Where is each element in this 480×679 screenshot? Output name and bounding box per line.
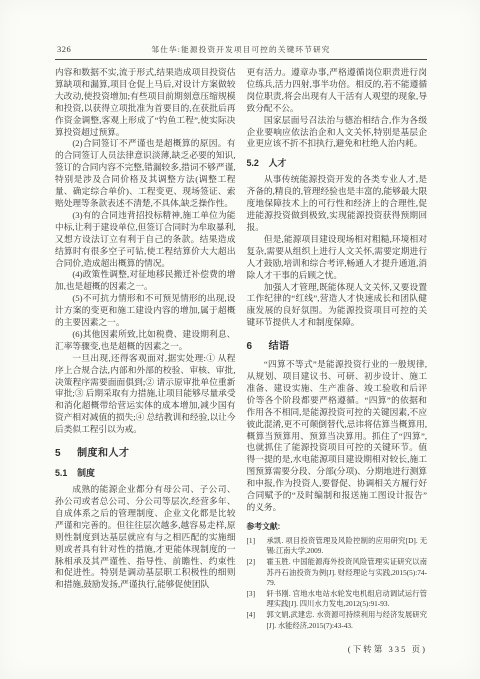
left-column: 内容和数据不实,流于形式,结果造成项目投资估算缺项和漏算,项目仓促上马后,对设计…: [55, 67, 236, 655]
paragraph: (2)合同签订不严谨也是超概算的原因。有的合同签订人员法律意识淡薄,缺乏必要的知…: [55, 138, 236, 209]
page-number: 326: [57, 44, 147, 54]
section-heading-5: 5制度和人才: [55, 444, 236, 459]
continued-on-page-note: (下转第 335 页): [247, 643, 428, 655]
reference-text: 郭文娟,武建忠. 水资源可持续利用与经济发展研究[J]. 水能经济,2015(7…: [267, 610, 428, 629]
paragraph: “四算不等式”是能源投资行业的一般规律,从规划、项目建议书、可研、初步设计、施工…: [247, 359, 428, 514]
subsection-heading-5-1: 5.1制度: [55, 466, 236, 479]
subsection-title: 人才: [269, 158, 287, 168]
page-header: 326 邹仕华:能源投资开发项目可控的关键环节研究: [55, 44, 427, 60]
reference-label: [1]: [247, 536, 256, 546]
paragraph: 但是,能源项目建设现场相对粗糙,环境相对复杂,需要从组织上进行人文关怀,需要定期…: [247, 234, 428, 282]
subsection-title: 制度: [77, 468, 95, 478]
reference-label: [2]: [247, 557, 256, 567]
reference-item: [2]霍玉胜. 中国能源海外投资风险管理实证研究以南苏丹石油投资为例[J]. 财…: [247, 557, 428, 588]
paragraph: (3)有的合同违背招投标精神,施工单位为能中标,让利于建设单位,但签订合同时为牟…: [55, 210, 236, 270]
references-heading: 参考文献:: [247, 521, 428, 532]
paragraph: 加强人才管理,既能体现人文关怀,又要设置工作纪律的“红线”,营造人才快速成长和团…: [247, 282, 428, 330]
paragraph: 一旦出现,还得客观面对,据实处理:① 从程序上合规合法,内部和外部的校验、审核、…: [55, 353, 236, 436]
running-title: 邹仕华:能源投资开发项目可控的关键环节研究: [147, 44, 335, 55]
section-title: 结语: [269, 341, 290, 352]
right-column: 更有活力。遵章办事,严格遵循岗位职责进行岗位练兵,活力四射,事半功倍。相反的,若…: [247, 67, 428, 655]
subsection-number: 5.2: [247, 158, 259, 168]
reference-item: [1]承凯. 项目投资管理及风险控制的应用研究[D]. 无锡:江南大学,2009…: [247, 536, 428, 556]
paragraph: (4)政策性调整,对征地移民搬迁补偿费的增加,也是超概的因素之一。: [55, 269, 236, 293]
subsection-heading-5-2: 5.2人才: [247, 156, 428, 169]
paragraph: 从事传统能源投资开发的各类专业人才,是齐备的,精良的,管理经验也是丰富的,能够最…: [247, 174, 428, 234]
paragraph: (6)其他因素所致,比如税费、建设期利息、汇率等骤变,也是超概的因素之一。: [55, 329, 236, 353]
reference-text: 霍玉胜. 中国能源海外投资风险管理实证研究以南苏丹石油投资为例[J]. 财经理论…: [267, 557, 428, 586]
reference-text: 承凯. 项目投资管理及风险控制的应用研究[D]. 无锡:江南大学,2009.: [267, 536, 428, 555]
journal-page: 326 邹仕华:能源投资开发项目可控的关键环节研究 内容和数据不实,流于形式,结…: [0, 0, 480, 679]
section-title: 制度和人才: [77, 448, 130, 459]
two-column-body: 内容和数据不实,流于形式,结果造成项目投资估算缺项和漏算,项目仓促上马后,对设计…: [55, 67, 427, 655]
reference-label: [4]: [247, 610, 256, 620]
section-heading-6: 6结语: [247, 337, 428, 352]
paragraph: 国家层面号召法治与德治相结合,作为各级企业要响应依法治企和人文关怀,特别是基层企…: [247, 115, 428, 151]
reference-item: [4]郭文娟,武建忠. 水资源可持续利用与经济发展研究[J]. 水能经济,201…: [247, 610, 428, 630]
paragraph: (5)不可抗力情形和不可预见情形的出现,设计方案的变更和施工建设内容的增加,属于…: [55, 293, 236, 329]
subsection-number: 5.1: [55, 468, 67, 478]
section-number: 6: [247, 341, 253, 352]
paragraph: 成熟的能源企业都分有母公司、子公司、孙公司或者总公司、分公司等层次,经营多年、自…: [55, 484, 236, 591]
reference-item: [3]轩书刚. 官地水电站水轮发电机组启动调试运行管理实践[J]. 四川水力发电…: [247, 589, 428, 609]
reference-label: [3]: [247, 589, 256, 599]
reference-text: 轩书刚. 官地水电站水轮发电机组启动调试运行管理实践[J]. 四川水力发电,20…: [267, 589, 428, 608]
section-number: 5: [55, 448, 61, 459]
paragraph: 内容和数据不实,流于形式,结果造成项目投资估算缺项和漏算,项目仓促上马后,对设计…: [55, 67, 236, 138]
paragraph: 更有活力。遵章办事,严格遵循岗位职责进行岗位练兵,活力四射,事半功倍。相反的,若…: [247, 67, 428, 115]
